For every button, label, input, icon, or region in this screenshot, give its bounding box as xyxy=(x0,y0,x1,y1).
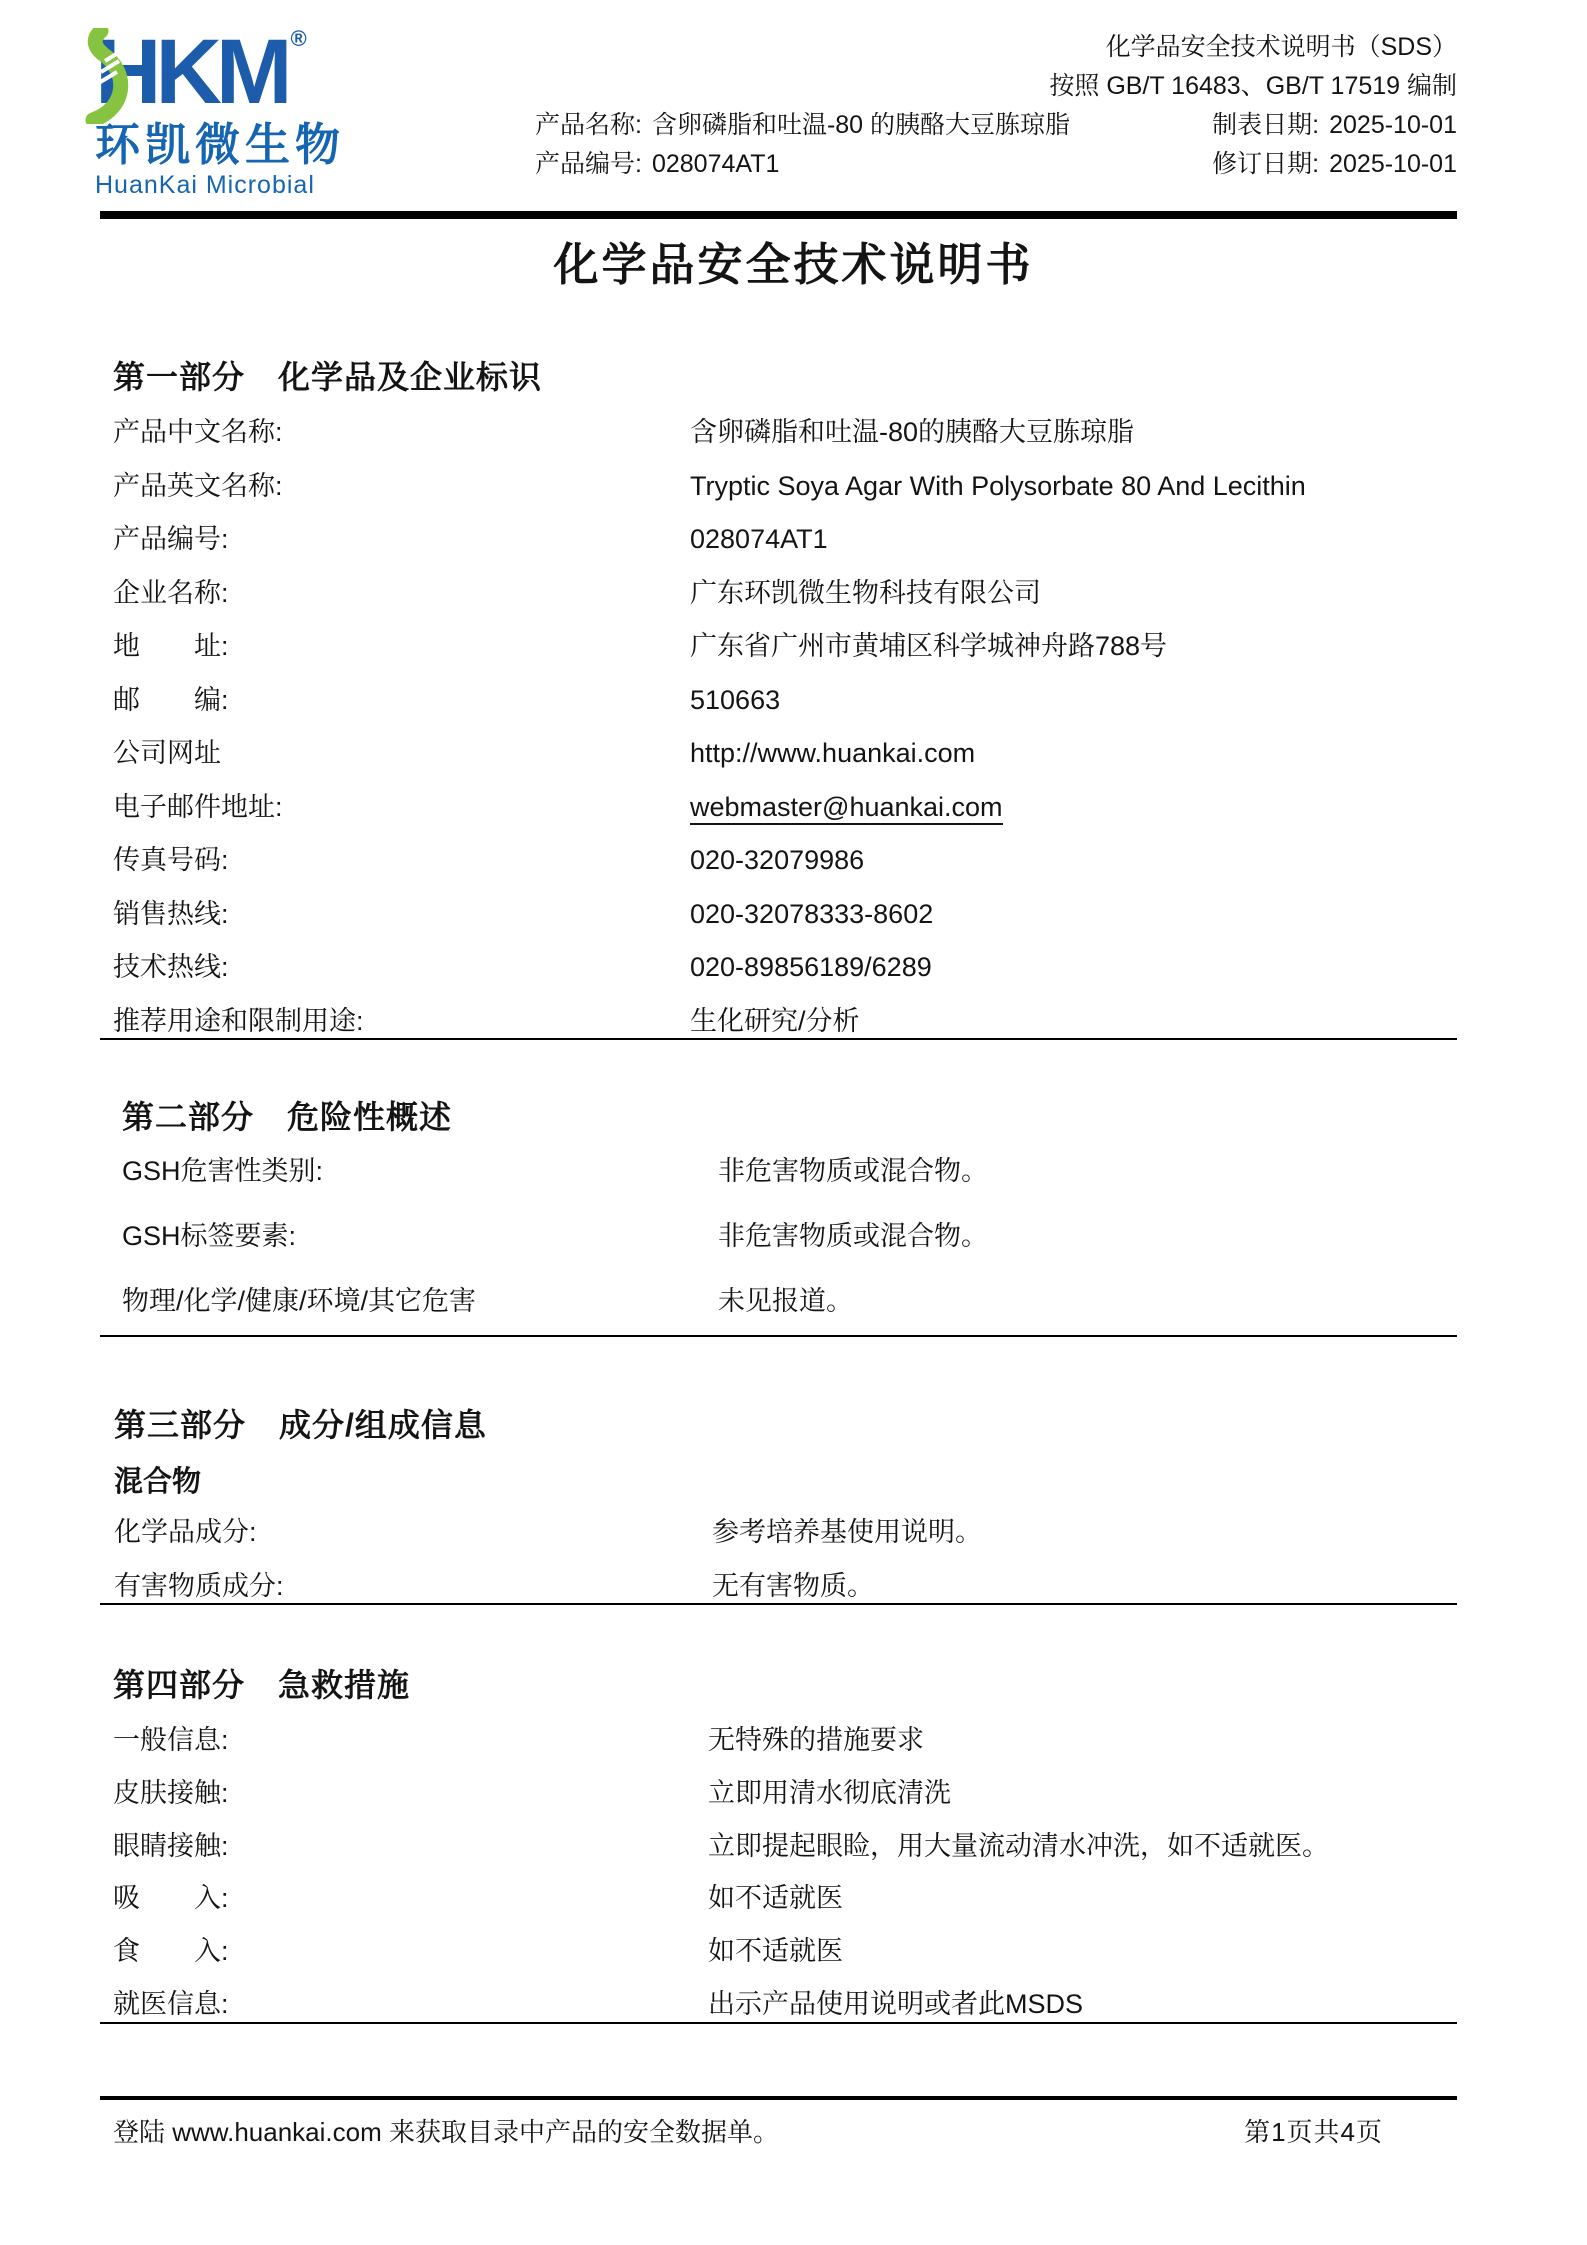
field-row: 产品英文名称:Tryptic Soya Agar With Polysorbat… xyxy=(113,470,1477,524)
field-row: 化学品成分:参考培养基使用说明。 xyxy=(114,1516,1477,1570)
section-divider xyxy=(100,1038,1457,1040)
field-label: 吸 入: xyxy=(113,1882,708,1915)
field-value: 广东省广州市黄埔区科学城神舟路788号 xyxy=(690,630,1477,663)
product-name-label: 产品名称: xyxy=(535,111,642,139)
logo-chinese-name: 环凯微生物 xyxy=(95,121,425,169)
field-row: 销售热线:020-32078333-8602 xyxy=(113,898,1477,952)
header-info-block: 化学品安全技术说明书（SDS） 按照 GB/T 16483、GB/T 17519… xyxy=(535,28,1457,184)
field-value: 510663 xyxy=(690,684,1477,717)
section-1-heading: 第一部分 化学品及企业标识 xyxy=(113,352,542,398)
website-url: http://www.huankai.com xyxy=(690,737,1477,770)
field-label: 食 入: xyxy=(113,1935,708,1968)
field-value: 非危害物质或混合物。 xyxy=(718,1155,1477,1188)
field-row: 邮 编:510663 xyxy=(113,684,1477,738)
field-row: 产品中文名称:含卵磷脂和吐温-80的胰酪大豆胨琼脂 xyxy=(113,416,1477,470)
header-rule xyxy=(100,211,1457,219)
field-row: 吸 入:如不适就医 xyxy=(113,1882,1477,1935)
field-row: 就医信息:出示产品使用说明或者此MSDS xyxy=(113,1988,1477,2041)
product-name-pair: 产品名称:含卵磷脂和吐温-80 的胰酪大豆胨琼脂 xyxy=(535,106,1070,145)
field-row: GSH危害性类别:非危害物质或混合物。 xyxy=(122,1155,1477,1220)
field-value: 含卵磷脂和吐温-80的胰酪大豆胨琼脂 xyxy=(690,416,1477,449)
product-code-label: 产品编号: xyxy=(535,150,642,178)
field-value: 未见报道。 xyxy=(718,1285,1477,1318)
field-label: 化学品成分: xyxy=(114,1516,712,1549)
field-row: 公司网址http://www.huankai.com xyxy=(113,737,1477,791)
field-value: 如不适就医 xyxy=(708,1882,1477,1915)
field-row: 企业名称:广东环凯微生物科技有限公司 xyxy=(113,577,1477,631)
field-label: 传真号码: xyxy=(113,844,690,877)
field-label: 邮 编: xyxy=(113,684,690,717)
field-label: 技术热线: xyxy=(113,951,690,984)
header-product-name-row: 产品名称:含卵磷脂和吐温-80 的胰酪大豆胨琼脂 制表日期:2025-10-01 xyxy=(535,106,1457,145)
field-label: 产品编号: xyxy=(113,523,690,556)
field-label: 电子邮件地址: xyxy=(113,791,690,824)
field-label: GSH标签要素: xyxy=(122,1220,718,1253)
logo-english-name: HuanKai Microbial xyxy=(95,171,425,199)
revised-date-label: 修订日期: xyxy=(1212,150,1319,178)
field-label: 推荐用途和限制用途: xyxy=(113,1005,690,1038)
section-3-heading: 第三部分 成分/组成信息 xyxy=(114,1400,487,1446)
field-label: 皮肤接触: xyxy=(113,1777,708,1810)
field-value: 028074AT1 xyxy=(690,523,1477,556)
doc-type-line: 化学品安全技术说明书（SDS） xyxy=(535,28,1457,67)
sds-document-page: HKM® 环凯微生物 HuanKai Microbial 化学品安全技术说明书（… xyxy=(0,0,1587,2245)
product-name-value: 含卵磷脂和吐温-80 的胰酪大豆胨琼脂 xyxy=(652,111,1070,139)
field-label: 产品英文名称: xyxy=(113,470,690,503)
field-label: 企业名称: xyxy=(113,577,690,610)
field-label: 眼睛接触: xyxy=(113,1830,708,1863)
dna-swirl-icon xyxy=(83,28,167,124)
field-label: 有害物质成分: xyxy=(114,1570,712,1603)
field-value: 参考培养基使用说明。 xyxy=(712,1516,1477,1549)
created-date-label: 制表日期: xyxy=(1212,111,1319,139)
field-row: 食 入:如不适就医 xyxy=(113,1935,1477,1988)
email-link[interactable]: webmaster@huankai.com xyxy=(690,792,1003,825)
footer-note: 登陆 www.huankai.com 来获取目录中产品的安全数据单。 xyxy=(113,2112,779,2149)
field-value: 020-32079986 xyxy=(690,844,1477,877)
revised-date-pair: 修订日期:2025-10-01 xyxy=(1212,145,1457,184)
created-date-pair: 制表日期:2025-10-01 xyxy=(1212,106,1457,145)
field-value: 出示产品使用说明或者此MSDS xyxy=(708,1988,1477,2021)
field-label: 销售热线: xyxy=(113,898,690,931)
section-1-rows: 产品中文名称:含卵磷脂和吐温-80的胰酪大豆胨琼脂 产品英文名称:Tryptic… xyxy=(113,416,1477,1058)
field-label: 公司网址 xyxy=(113,737,690,770)
field-value: 020-32078333-8602 xyxy=(690,898,1477,931)
field-value: 如不适就医 xyxy=(708,1935,1477,1968)
page-title: 化学品安全技术说明书 xyxy=(0,228,1587,293)
standard-line: 按照 GB/T 16483、GB/T 17519 编制 xyxy=(535,67,1457,106)
section-3-rows: 化学品成分:参考培养基使用说明。 有害物质成分:无有害物质。 xyxy=(114,1516,1477,1624)
section-3-subheading: 混合物 xyxy=(114,1459,201,1500)
section-4-rows: 一般信息:无特殊的措施要求 皮肤接触:立即用清水彻底清洗 眼睛接触:立即提起眼睑… xyxy=(113,1724,1477,2041)
page-number: 第1页共4页 xyxy=(1244,2112,1383,2149)
hkm-logo: HKM® 环凯微生物 HuanKai Microbial xyxy=(95,24,425,199)
field-row: 皮肤接触:立即用清水彻底清洗 xyxy=(113,1777,1477,1830)
product-code-pair: 产品编号:028074AT1 xyxy=(535,145,779,184)
field-value: 无特殊的措施要求 xyxy=(708,1724,1477,1757)
section-divider xyxy=(100,1603,1457,1605)
section-2-heading: 第二部分 危险性概述 xyxy=(122,1092,452,1138)
header-product-code-row: 产品编号:028074AT1 修订日期:2025-10-01 xyxy=(535,145,1457,184)
field-value: 非危害物质或混合物。 xyxy=(718,1220,1477,1253)
registered-mark-icon: ® xyxy=(291,26,307,51)
field-row: 产品编号:028074AT1 xyxy=(113,523,1477,577)
field-value: 立即提起眼睑，用大量流动清水冲洗，如不适就医。 xyxy=(708,1830,1477,1863)
field-value: 生化研究/分析 xyxy=(690,1005,1477,1038)
field-row: 物理/化学/健康/环境/其它危害未见报道。 xyxy=(122,1285,1477,1350)
field-label: 就医信息: xyxy=(113,1988,708,2021)
field-row: 技术热线:020-89856189/6289 xyxy=(113,951,1477,1005)
footer-rule xyxy=(100,2096,1457,2100)
field-value: 无有害物质。 xyxy=(712,1570,1477,1603)
hkm-logo-mark: HKM® xyxy=(95,24,425,120)
field-label: 地 址: xyxy=(113,630,690,663)
section-4-heading: 第四部分 急救措施 xyxy=(113,1660,410,1706)
section-divider xyxy=(100,2022,1457,2024)
field-label: 产品中文名称: xyxy=(113,416,690,449)
section-divider xyxy=(100,1335,1457,1337)
field-value: 立即用清水彻底清洗 xyxy=(708,1777,1477,1810)
product-code-value: 028074AT1 xyxy=(652,150,779,178)
field-row: 有害物质成分:无有害物质。 xyxy=(114,1570,1477,1624)
field-value: Tryptic Soya Agar With Polysorbate 80 An… xyxy=(690,470,1477,503)
field-row: 推荐用途和限制用途:生化研究/分析 xyxy=(113,1005,1477,1059)
field-value: 广东环凯微生物科技有限公司 xyxy=(690,577,1477,610)
created-date-value: 2025-10-01 xyxy=(1329,111,1457,139)
field-label: 物理/化学/健康/环境/其它危害 xyxy=(122,1285,718,1318)
field-row: 眼睛接触:立即提起眼睑，用大量流动清水冲洗，如不适就医。 xyxy=(113,1830,1477,1883)
field-label: GSH危害性类别: xyxy=(122,1155,718,1188)
field-label: 一般信息: xyxy=(113,1724,708,1757)
field-value: 020-89856189/6289 xyxy=(690,951,1477,984)
field-row: GSH标签要素:非危害物质或混合物。 xyxy=(122,1220,1477,1285)
field-row: 地 址:广东省广州市黄埔区科学城神舟路788号 xyxy=(113,630,1477,684)
field-row: 电子邮件地址:webmaster@huankai.com xyxy=(113,791,1477,845)
field-row: 传真号码:020-32079986 xyxy=(113,844,1477,898)
section-2-rows: GSH危害性类别:非危害物质或混合物。 GSH标签要素:非危害物质或混合物。 物… xyxy=(122,1155,1477,1350)
field-row: 一般信息:无特殊的措施要求 xyxy=(113,1724,1477,1777)
revised-date-value: 2025-10-01 xyxy=(1329,150,1457,178)
